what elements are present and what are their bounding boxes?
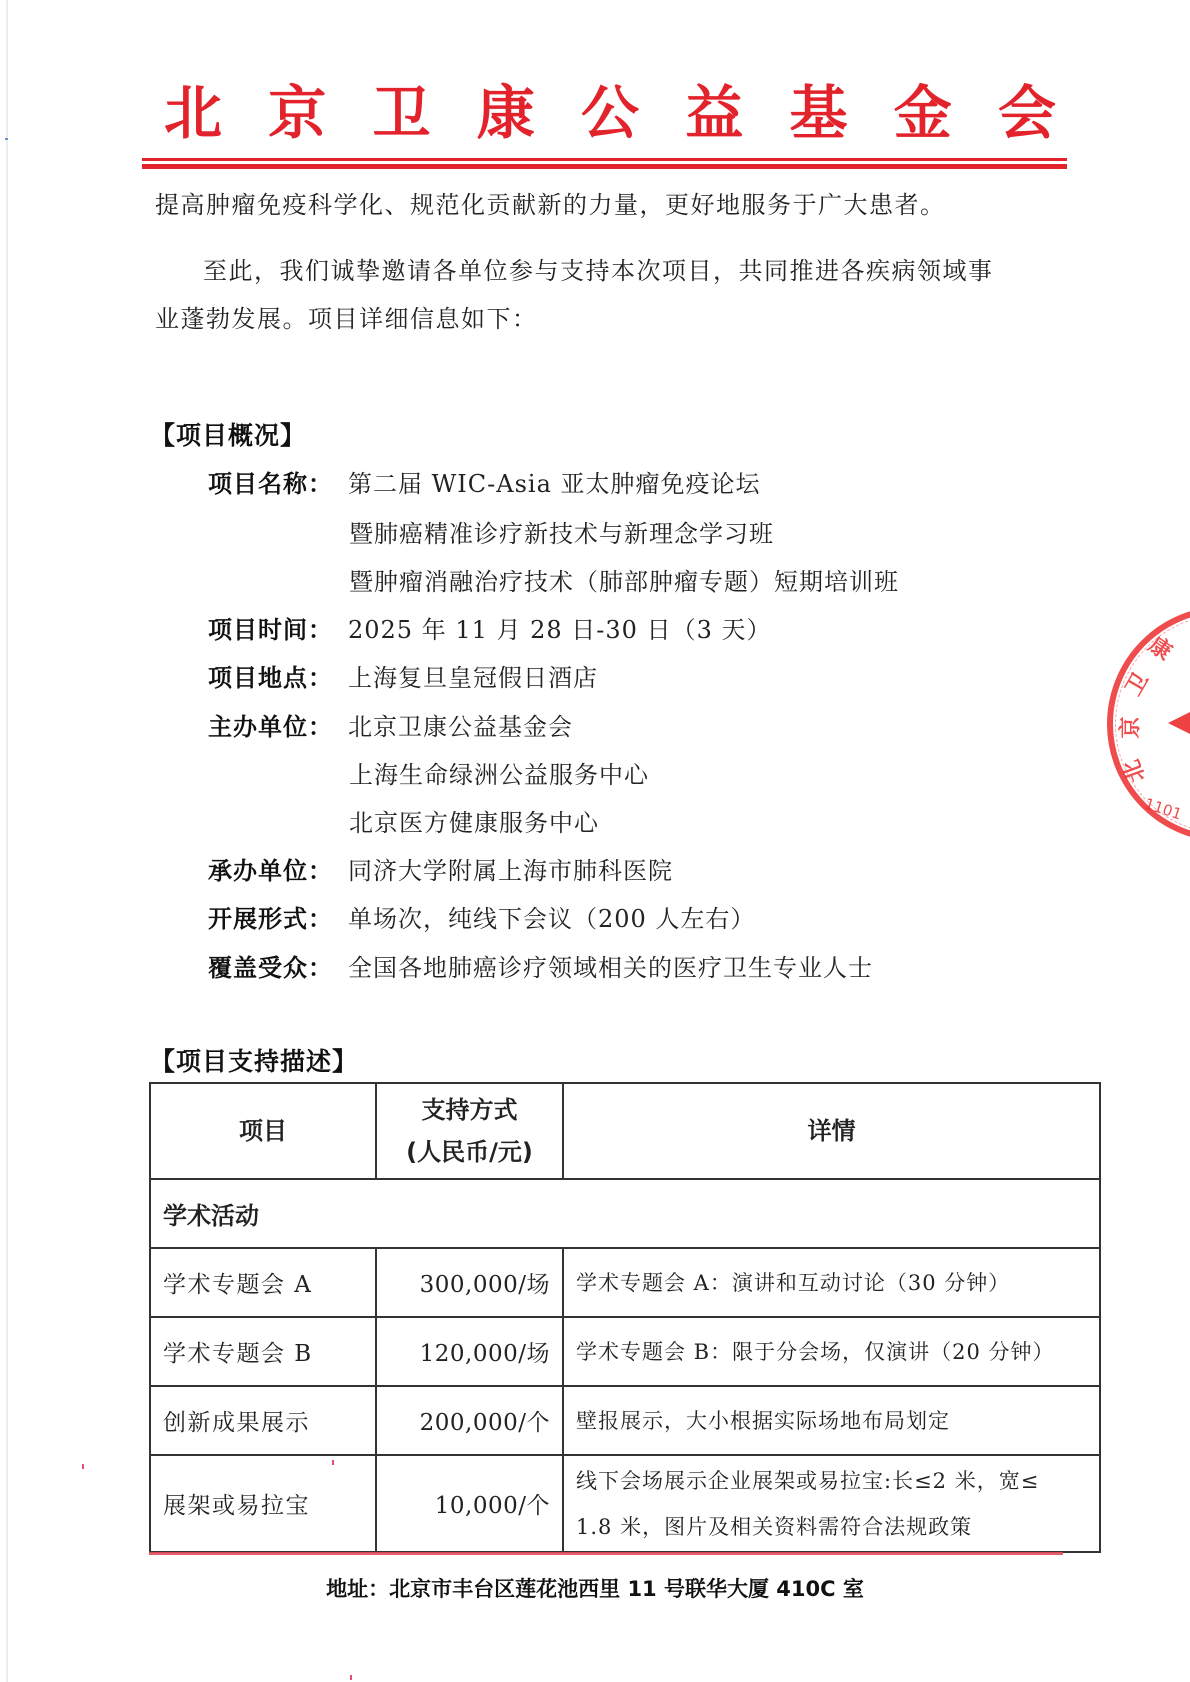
column-header-method-line-2: (人民币/元)	[377, 1131, 562, 1173]
seal-char: 京	[1114, 716, 1145, 738]
table-row: 创新成果展示 200,000/个 壁报展示，大小根据实际场地布局划定	[150, 1386, 1100, 1455]
row-detail: 线下会场展示企业展架或易拉宝:长≤2 米，宽≤ 1.8 米，图片及相关资料需符合…	[563, 1455, 1100, 1552]
row-detail: 学术专题会 B：限于分会场，仅演讲（20 分钟）	[563, 1317, 1100, 1386]
letterhead-char: 卫	[369, 66, 435, 150]
scan-mark	[5, 138, 8, 140]
project-location-label: 项目地点：	[208, 658, 348, 693]
project-name-row: 项目名称： 第二届 WIC-Asia 亚太肿瘤免疫论坛	[208, 465, 761, 497]
letterhead-char: 金	[890, 66, 956, 150]
intro-line-3: 业蓬勃发展。项目详细信息如下：	[155, 304, 538, 334]
project-time-label: 项目时间：	[208, 610, 348, 645]
row-item: 展架或易拉宝	[150, 1455, 376, 1552]
table-row: 展架或易拉宝 10,000/个 线下会场展示企业展架或易拉宝:长≤2 米，宽≤ …	[150, 1455, 1100, 1552]
format-value: 单场次，纯线下会议（200 人左右）	[348, 899, 755, 934]
host-row: 承办单位： 同济大学附属上海市肺科医院	[208, 852, 673, 884]
audience-row: 覆盖受众： 全国各地肺癌诊疗领域相关的医疗卫生专业人士	[208, 949, 873, 981]
row-price: 120,000/场	[376, 1317, 563, 1386]
project-time-value: 2025 年 11 月 28 日-30 日（3 天）	[348, 610, 771, 645]
row-price: 200,000/个	[376, 1386, 563, 1455]
column-header-detail: 详情	[563, 1083, 1100, 1179]
organizer-label: 主办单位：	[208, 707, 348, 742]
audience-label: 覆盖受众：	[208, 948, 348, 983]
row-detail: 学术专题会 A：演讲和互动讨论（30 分钟）	[563, 1248, 1100, 1317]
organizer-1: 北京卫康公益基金会	[348, 707, 573, 742]
letterhead-char: 北	[160, 66, 226, 150]
organizer-2: 上海生命绿洲公益服务中心	[349, 756, 649, 788]
column-header-method: 支持方式 (人民币/元)	[376, 1083, 563, 1179]
scan-speck	[332, 1460, 334, 1465]
project-name-line-2: 暨肺癌精准诊疗新技术与新理念学习班	[349, 515, 774, 547]
overview-heading: 【项目概况】	[150, 416, 306, 452]
seal-star-icon	[1168, 712, 1190, 734]
scan-edge	[6, 0, 8, 1682]
host-value: 同济大学附属上海市肺科医院	[348, 851, 673, 886]
row-item: 学术专题会 B	[150, 1317, 376, 1386]
table-row: 学术专题会 B 120,000/场 学术专题会 B：限于分会场，仅演讲（20 分…	[150, 1317, 1100, 1386]
scan-speck	[350, 1675, 352, 1680]
row-item: 学术专题会 A	[150, 1248, 376, 1317]
host-label: 承办单位：	[208, 851, 348, 886]
project-name-line-1: 第二届 WIC-Asia 亚太肿瘤免疫论坛	[348, 464, 761, 499]
footer-address: 地址：北京市丰台区莲花池西里 11 号联华大厦 410C 室	[0, 1573, 1190, 1603]
project-location-value: 上海复旦皇冠假日酒店	[348, 658, 598, 693]
row-price: 10,000/个	[376, 1455, 563, 1552]
organizer-row: 主办单位： 北京卫康公益基金会	[208, 708, 573, 740]
intro-line-2: 至此，我们诚挚邀请各单位参与支持本次项目，共同推进各疾病领域事	[203, 256, 994, 286]
project-name-line-3: 暨肿瘤消融治疗技术（肺部肿瘤专题）短期培训班	[349, 563, 899, 595]
row-detail: 壁报展示，大小根据实际场地布局划定	[563, 1386, 1100, 1455]
support-table: 项目 支持方式 (人民币/元) 详情 学术活动 学术专题会 A 300,000/…	[149, 1082, 1101, 1553]
project-name-label: 项目名称：	[208, 464, 348, 499]
project-location-row: 项目地点： 上海复旦皇冠假日酒店	[208, 659, 598, 691]
format-label: 开展形式：	[208, 899, 348, 934]
row-price: 300,000/场	[376, 1248, 563, 1317]
organizer-3: 北京医方健康服务中心	[349, 804, 599, 836]
letterhead-char: 益	[681, 66, 747, 150]
letterhead-char: 会	[994, 66, 1060, 150]
intro-line-1: 提高肿瘤免疫科学化、规范化贡献新的力量，更好地服务于广大患者。	[155, 190, 946, 220]
letterhead-title: 北 京 卫 康 公 益 基 金 会	[160, 68, 1060, 148]
audience-value: 全国各地肺癌诊疗领域相关的医疗卫生专业人士	[348, 948, 873, 983]
category-row: 学术活动	[150, 1179, 1100, 1248]
letterhead-divider-thick	[142, 164, 1067, 169]
letterhead-char: 公	[577, 66, 643, 150]
format-row: 开展形式： 单场次，纯线下会议（200 人左右）	[208, 900, 755, 932]
column-header-item: 项目	[150, 1083, 376, 1179]
letterhead-char: 康	[473, 66, 539, 150]
table-row: 学术专题会 A 300,000/场 学术专题会 A：演讲和互动讨论（30 分钟）	[150, 1248, 1100, 1317]
row-item: 创新成果展示	[150, 1386, 376, 1455]
column-header-method-line-1: 支持方式	[377, 1089, 562, 1131]
table-header-row: 项目 支持方式 (人民币/元) 详情	[150, 1083, 1100, 1179]
row-detail-line-2: 1.8 米，图片及相关资料需符合法规政策	[576, 1504, 1099, 1550]
category-label: 学术活动	[150, 1179, 1100, 1248]
project-time-row: 项目时间： 2025 年 11 月 28 日-30 日（3 天）	[208, 611, 771, 643]
letterhead-char: 京	[264, 66, 330, 150]
letterhead-char: 基	[786, 66, 852, 150]
support-heading: 【项目支持描述】	[150, 1042, 358, 1078]
footer-divider	[149, 1552, 1063, 1555]
scan-speck	[82, 1464, 84, 1469]
row-detail-line-1: 线下会场展示企业展架或易拉宝:长≤2 米，宽≤	[576, 1458, 1099, 1504]
letterhead-divider-thin	[142, 158, 1067, 161]
